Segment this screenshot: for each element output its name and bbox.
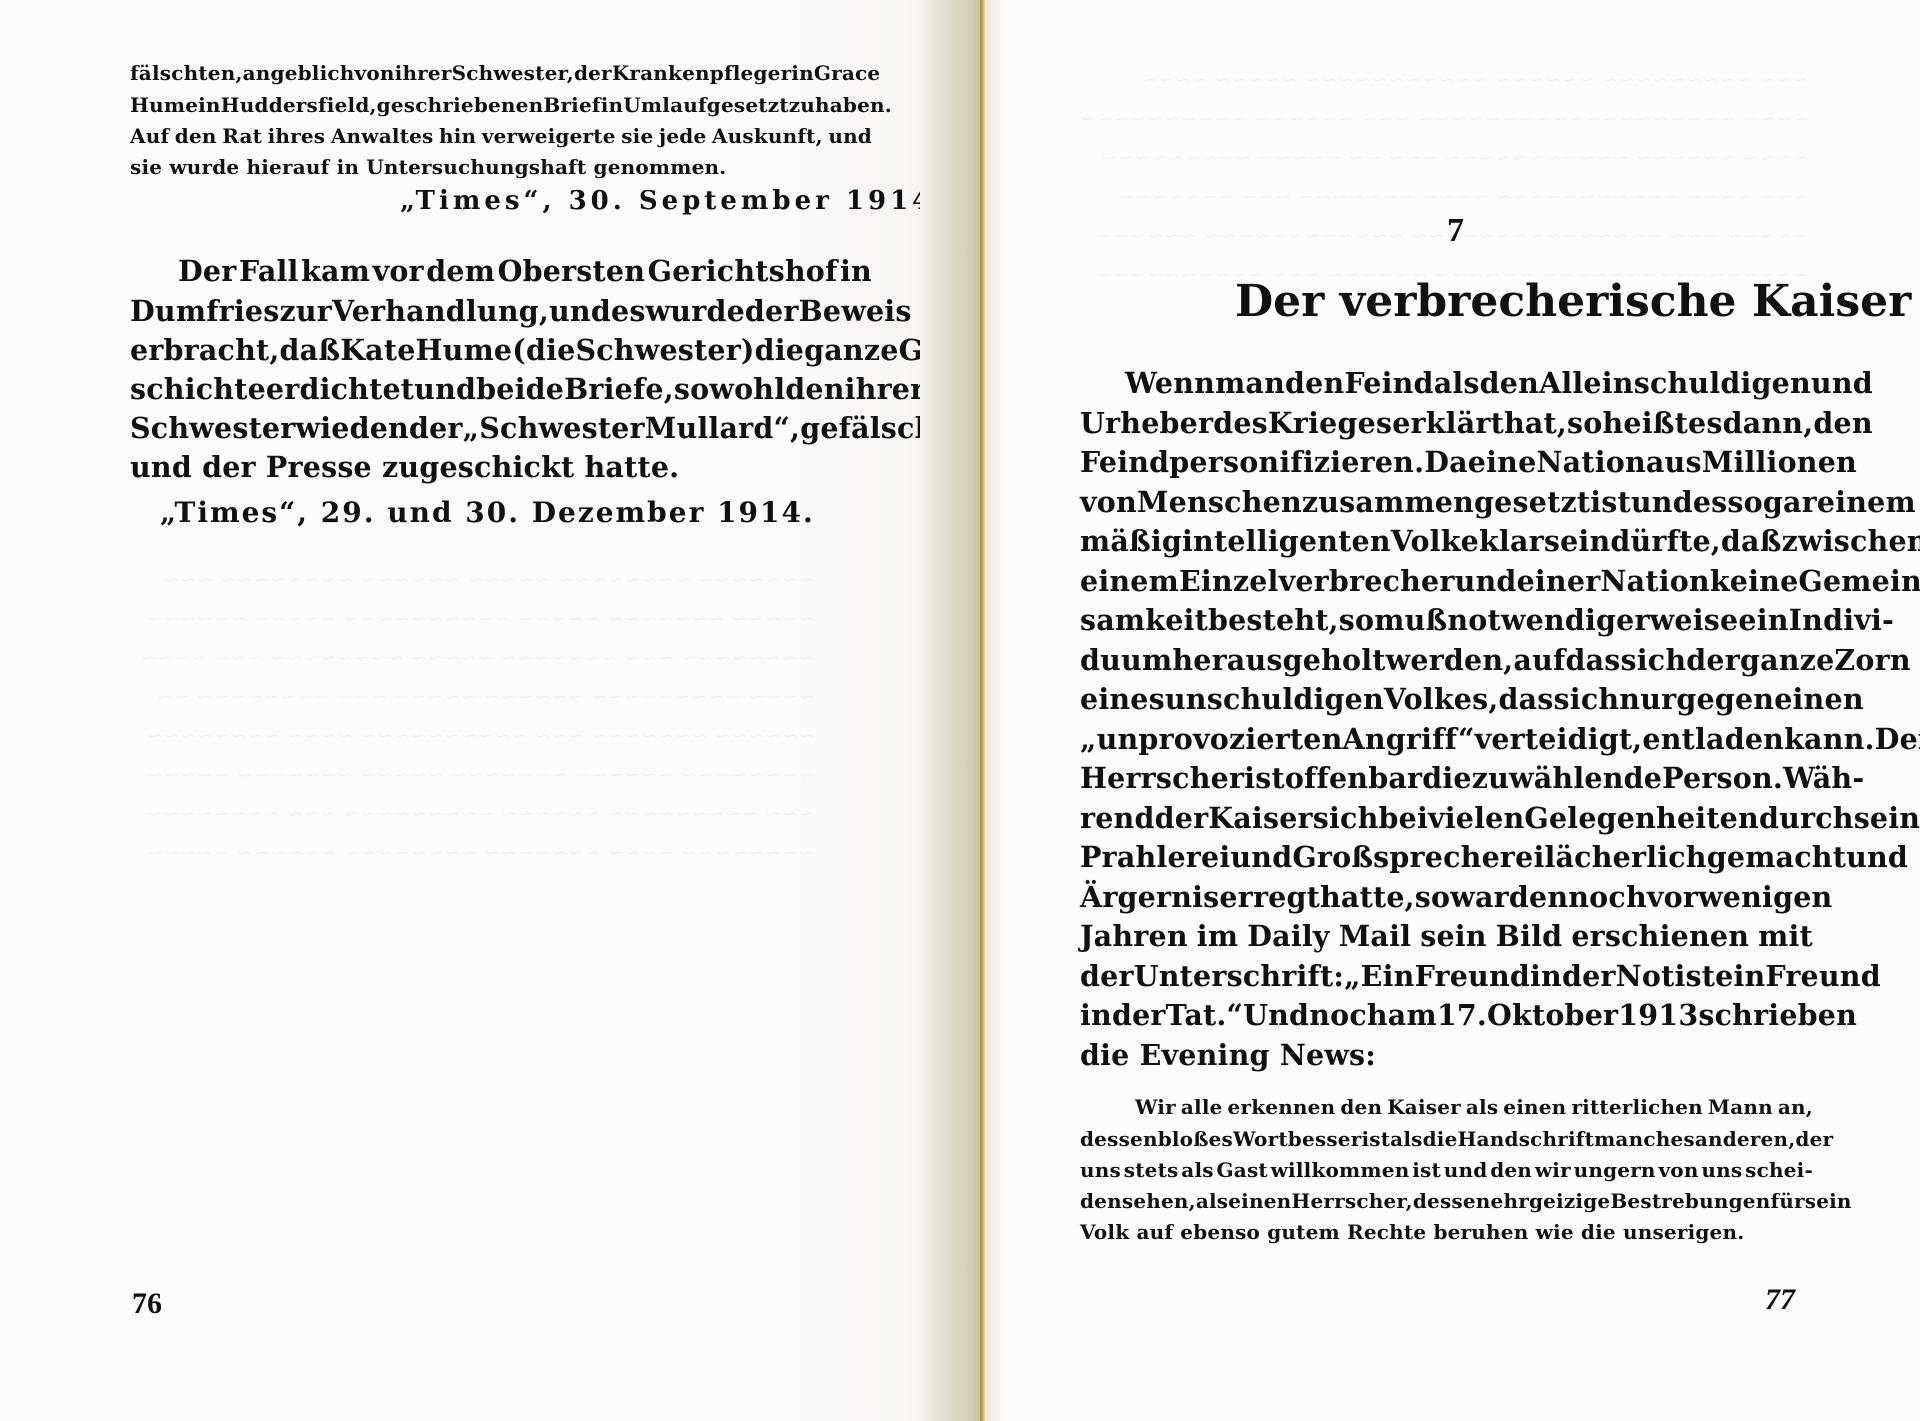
page-number: 77 (1765, 1283, 1795, 1317)
gutter-glow (985, 0, 1007, 1421)
quote-line: unsstetsalsGastwillkommenistunddenwirung… (1080, 1155, 1813, 1185)
text-line: rendderKaisersichbeivielenGelegenheitend… (1080, 799, 1813, 838)
text-line: Ärgerniserregthatte,sowardennochvorwenig… (1080, 878, 1813, 917)
chapter-number: 7 (1447, 212, 1464, 250)
text-line: DerFallkamvordemOberstenGerichtshofin (178, 252, 872, 291)
text-line: UrheberdesKriegeserklärthat,soheißtesdan… (1080, 404, 1813, 443)
text-line: einesunschuldigenVolkes,dassichnurgegene… (1080, 680, 1813, 719)
quote-line: Volk auf ebenso gutem Rechte beruhen wie… (1080, 1217, 1744, 1247)
text-line: HumeinHuddersfield,geschriebenenBriefinU… (130, 90, 872, 120)
text-line: samkeitbesteht,somußnotwendigerweiseeinI… (1080, 601, 1813, 640)
text-line: WennmandenFeindalsdenAlleinschuldigenund (1125, 364, 1813, 403)
source-citation: „Times“, 29. und 30. Dezember 1914. (160, 496, 815, 529)
text-line: schichteerdichtetundbeideBriefe,sowohlde… (130, 370, 872, 409)
text-line: „unprovoziertenAngriff“verteidigt,entlad… (1080, 720, 1813, 759)
text-line: DumfrieszurVerhandlung,undeswurdederBewe… (130, 292, 872, 331)
text-line: die Evening News: (1080, 1036, 1376, 1075)
page-number: 76 (132, 1287, 162, 1321)
right-page: ~~~ ~~~~~~~~~ ~~~~~~ ~~~~~~~~~~~ ~~~~~ ~… (985, 0, 1920, 1421)
text-line: sie wurde hierauf in Untersuchungshaft g… (130, 152, 726, 182)
quote-line: densehen,alseinenHerrscher,dessenehrgeiz… (1080, 1186, 1813, 1216)
text-line: erbracht,daßKateHume(dieSchwester)diegan… (130, 331, 872, 370)
text-line: HerrscheristoffenbardiezuwählendePerson.… (1080, 759, 1813, 798)
text-line: AufdenRatihresAnwalteshinverweigertesiej… (130, 121, 872, 151)
text-line: mäßigintelligentenVolkeklarseindürfte,da… (1080, 522, 1813, 561)
book-gutter-shadow (920, 0, 982, 1421)
quote-line: dessenbloßesWortbesseristalsdieHandschri… (1080, 1124, 1813, 1154)
text-line: fälschten,angeblichvonihrerSchwester,der… (130, 58, 872, 88)
text-line: Schwesterwiedender„SchwesterMullard“,gef… (130, 409, 872, 448)
text-line: derUnterschrift:„EinFreundinderNotistein… (1080, 957, 1813, 996)
text-line: inderTat.“Undnocham17.Oktober1913schrieb… (1080, 996, 1813, 1035)
text-line: duumherausgeholtwerden,aufdassichderganz… (1080, 641, 1813, 680)
quote-line: WiralleerkennendenKaiseralseinenritterli… (1135, 1092, 1813, 1122)
bleed-through-text: ~~~ ~~~~~~~~~ ~~~~~~ ~~~~~~~~~~~ ~~~~~ ~… (1080, 60, 1809, 294)
left-page: ~~~~~~~ ~~~~~~~~ ~~~~~ ~~~~~~ ~~~~~~~~ ~… (0, 0, 925, 1421)
text-line: einemEinzelverbrecherundeinerNationkeine… (1080, 562, 1813, 601)
text-line: vonMenschenzusammengesetztistundessogare… (1080, 483, 1813, 522)
bleed-through-text: ~~~~~~~ ~~~~~~~~ ~~~~~ ~~~~~~ ~~~~~~~~ ~… (140, 560, 815, 872)
text-line: JahrenimDailyMailseinBilderschienenmit (1080, 917, 1813, 956)
chapter-title: Der verbrecherische Kaiser (1235, 276, 1911, 327)
text-line: PrahlereiundGroßsprechereilächerlichgema… (1080, 838, 1813, 877)
text-line: Feindpersonifizieren.DaeineNationausMill… (1080, 443, 1813, 482)
text-line: und der Presse zugeschickt hatte. (130, 448, 679, 487)
source-citation: „Times“, 30. September 1914. (400, 186, 947, 216)
